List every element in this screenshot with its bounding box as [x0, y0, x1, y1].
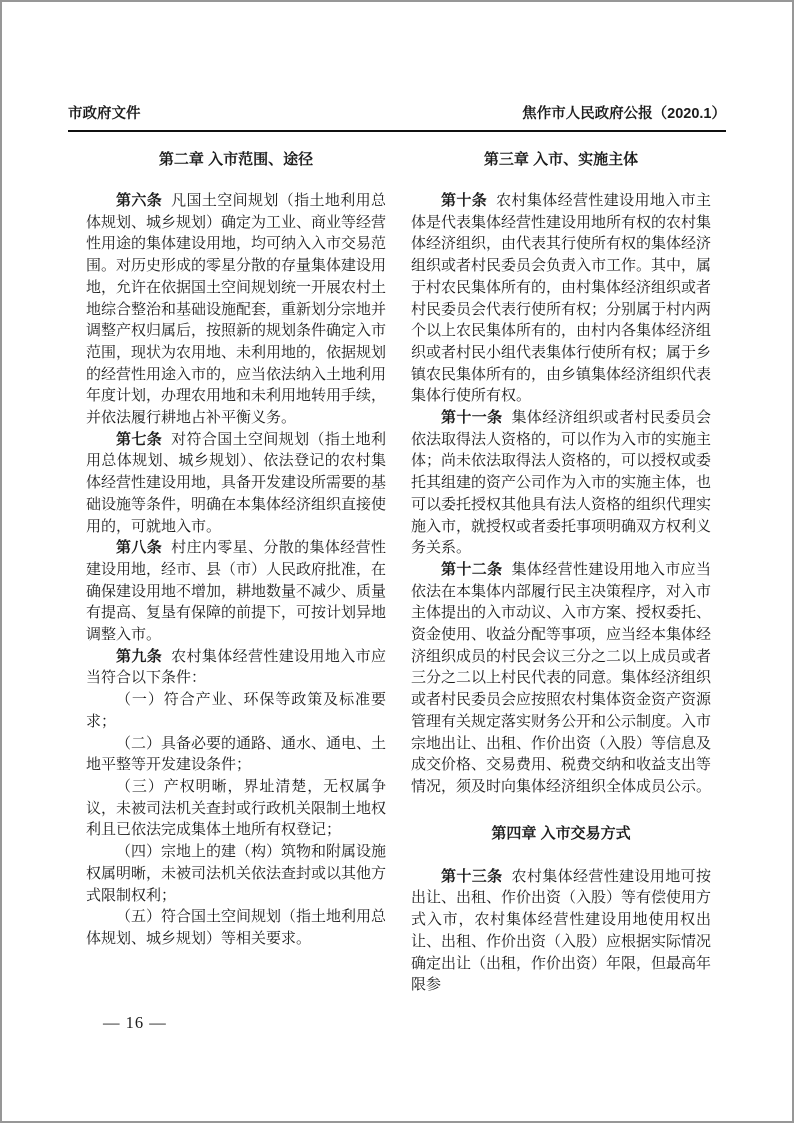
page-header: 市政府文件 焦作市人民政府公报（2020.1） [68, 2, 726, 123]
article-8-paragraph: 第八条村庄内零星、分散的集体经营性建设用地，经市、县（市）人民政府批准，在确保建… [86, 538, 386, 647]
page-number: — 16 — [103, 1013, 167, 1033]
item-1-text: （一）符合产业、环保等政策及标准要求； [86, 692, 386, 730]
item-3-text: （三）产权明晰，界址清楚，无权属争议，未被司法机关查封或行政机关限制土地权利且已… [86, 779, 386, 838]
article-7-number: 第七条 [116, 432, 162, 448]
article-9-item-2: （二）具备必要的通路、通水、通电、土地平整等开发建设条件； [86, 734, 386, 777]
article-10-text: 农村集体经营性建设用地入市主体是代表集体经营性建设用地所有权的农村集体经济组织，… [411, 193, 711, 404]
article-9-number: 第九条 [116, 649, 162, 665]
article-11-text: 集体经济组织或者村民委员会依法取得法人资格的，可以作为入市的实施主体；尚未依法取… [411, 410, 711, 556]
article-6-paragraph: 第六条凡国土空间规划（指土地利用总体规划、城乡规划）确定为工业、商业等经营性用途… [86, 191, 386, 430]
article-6-text: 凡国土空间规划（指土地利用总体规划、城乡规划）确定为工业、商业等经营性用途的集体… [86, 193, 386, 426]
article-7-paragraph: 第七条对符合国土空间规划（指土地利用总体规划、城乡规划）、依法登记的农村集体经营… [86, 430, 386, 539]
item-4-text: （四）宗地上的建（构）筑物和附属设施权属明晰，未被司法机关依法查封或以其他方式限… [86, 844, 386, 903]
chapter-3-heading: 第三章 入市、实施主体 [411, 148, 711, 169]
article-10-number: 第十条 [441, 193, 487, 209]
article-8-number: 第八条 [116, 540, 162, 556]
article-9-paragraph: 第九条农村集体经营性建设用地入市应当符合以下条件： [86, 647, 386, 690]
article-12-number: 第十二条 [441, 562, 503, 578]
item-2-text: （二）具备必要的通路、通水、通电、土地平整等开发建设条件； [86, 736, 386, 774]
header-right-label: 焦作市人民政府公报（2020.1） [522, 102, 726, 123]
article-9-item-5: （五）符合国土空间规划（指土地利用总体规划、城乡规划）等相关要求。 [86, 907, 386, 950]
document-page: 市政府文件 焦作市人民政府公报（2020.1） 第二章 入市范围、途径 第六条凡… [0, 0, 794, 1123]
article-11-number: 第十一条 [441, 410, 503, 426]
article-10-paragraph: 第十条农村集体经营性建设用地入市主体是代表集体经营性建设用地所有权的农村集体经济… [411, 191, 711, 408]
article-13-paragraph: 第十三条农村集体经营性建设用地可按出让、出租、作价出资（入股）等有偿使用方式入市… [411, 867, 711, 997]
article-9-item-1: （一）符合产业、环保等政策及标准要求； [86, 690, 386, 733]
article-12-paragraph: 第十二条集体经营性建设用地入市应当依法在本集体内部履行民主决策程序，对入市主体提… [411, 560, 711, 799]
chapter-4-heading: 第四章 入市交易方式 [411, 822, 711, 843]
article-9-item-4: （四）宗地上的建（构）筑物和附属设施权属明晰，未被司法机关依法查封或以其他方式限… [86, 842, 386, 907]
item-5-text: （五）符合国土空间规划（指土地利用总体规划、城乡规划）等相关要求。 [86, 909, 386, 947]
article-13-text: 农村集体经营性建设用地可按出让、出租、作价出资（入股）等有偿使用方式入市，农村集… [411, 869, 711, 994]
left-column: 第二章 入市范围、途径 第六条凡国土空间规划（指土地利用总体规划、城乡规划）确定… [86, 148, 386, 997]
article-11-paragraph: 第十一条集体经济组织或者村民委员会依法取得法人资格的，可以作为入市的实施主体；尚… [411, 408, 711, 560]
article-6-number: 第六条 [116, 193, 162, 209]
chapter-2-heading: 第二章 入市范围、途径 [86, 148, 386, 169]
article-13-number: 第十三条 [441, 869, 503, 885]
article-12-text: 集体经营性建设用地入市应当依法在本集体内部履行民主决策程序，对入市主体提出的入市… [411, 562, 711, 795]
two-column-body: 第二章 入市范围、途径 第六条凡国土空间规划（指土地利用总体规划、城乡规划）确定… [86, 132, 708, 997]
header-left-label: 市政府文件 [68, 102, 141, 123]
right-column: 第三章 入市、实施主体 第十条农村集体经营性建设用地入市主体是代表集体经营性建设… [411, 148, 711, 997]
article-9-item-3: （三）产权明晰，界址清楚，无权属争议，未被司法机关查封或行政机关限制土地权利且已… [86, 777, 386, 842]
